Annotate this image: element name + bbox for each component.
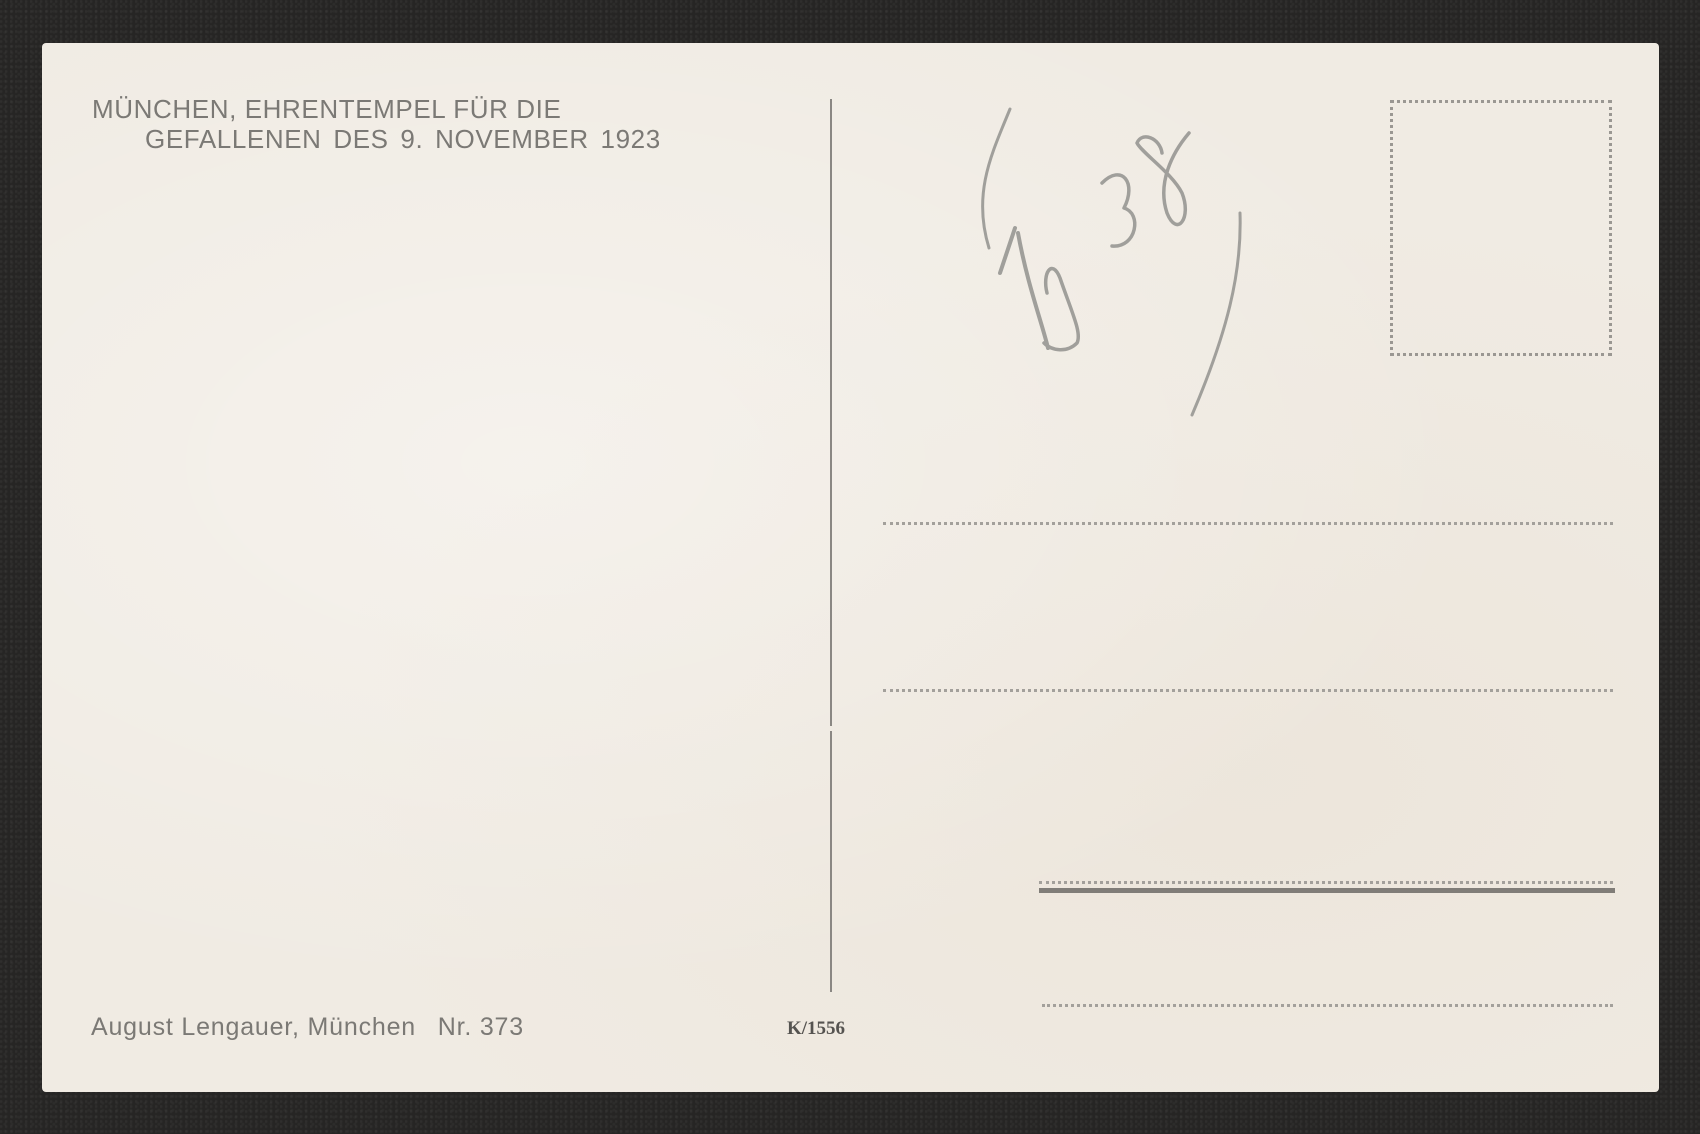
vertical-divider [830, 99, 832, 992]
address-line-2 [883, 689, 1613, 692]
card-number: Nr. 373 [438, 1013, 524, 1041]
address-line-3 [1039, 881, 1613, 884]
caption-line-2: GEFALLENEN DES 9. NOVEMBER 1923 [145, 124, 661, 155]
address-underline [1039, 888, 1615, 893]
caption-line-1: MÜNCHEN, EHRENTEMPEL FÜR DIE [92, 94, 561, 125]
address-line-4 [1042, 1004, 1613, 1007]
publisher-name: August Lengauer, München [91, 1013, 416, 1041]
postcard-back: MÜNCHEN, EHRENTEMPEL FÜR DIE GEFALLENEN … [42, 43, 1659, 1092]
stamp-box [1390, 100, 1612, 356]
publisher-line: August Lengauer, München Nr. 373 [91, 1013, 524, 1042]
address-line-1 [883, 522, 1613, 525]
print-code: K/1556 [787, 1018, 845, 1040]
divider-gap [829, 726, 833, 731]
